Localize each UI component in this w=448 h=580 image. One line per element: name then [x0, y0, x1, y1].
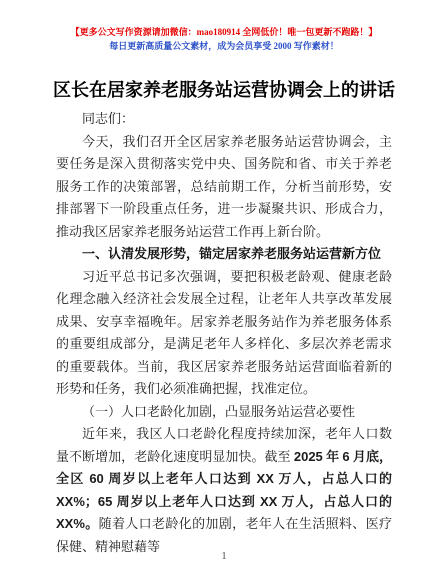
paragraph: 同志们： [56, 108, 392, 131]
ad-banner: 【更多公文写作资源请加微信：mao180914 全网低价！唯一包更新不跑路！】 … [0, 0, 448, 53]
text-run: 习近平总书记多次强调，要把积极老龄观、健康老龄化理念融入经济社会发展全过程，让老… [56, 269, 392, 397]
data-value: 65 [98, 494, 112, 509]
bold-run: 一、认清发展形势，锚定居家养老服务站运营新方位 [82, 246, 381, 261]
paragraph: 习近平总书记多次强调，要把积极老龄观、健康老龄化理念融入经济社会发展全过程，让老… [56, 266, 392, 401]
document-page: 【更多公文写作资源请加微信：mao180914 全网低价！唯一包更新不跑路！】 … [0, 0, 448, 580]
document-body: 同志们：今天，我们召开全区居家养老服务站运营协调会，主要任务是深入贯彻落实党中央… [56, 108, 392, 558]
document-title: 区长在居家养老服务站运营协调会上的讲话 [40, 78, 408, 102]
paragraph: （一）人口老龄化加剧，凸显服务站运营必要性 [56, 401, 392, 424]
data-value: XX [257, 471, 274, 486]
text-run: 同志们： [82, 111, 134, 126]
ad-banner-line1: 【更多公文写作资源请加微信：mao180914 全网低价！唯一包更新不跑路！】 [0, 26, 448, 39]
data-value: 60 [89, 471, 103, 486]
text-run: 今天，我们召开全区居家养老服务站运营协调会，主要任务是深入贯彻落实党中央、国务院… [56, 134, 392, 239]
text-run: 随着人口老龄化的加剧，老年人在生活照料、医疗保健、精神慰藉等 [56, 516, 392, 554]
page-number: 1 [0, 551, 448, 562]
data-value: 6 [342, 449, 349, 464]
section-heading: 一、认清发展形势，锚定居家养老服务站运营新方位 [56, 243, 392, 266]
data-value: XX% [56, 516, 85, 531]
data-value: XX [260, 494, 277, 509]
data-value: 2025 [294, 449, 323, 464]
ad-banner-line2: 每日更新高质量公文素材，成为会员享受 2000 写作素材！ [0, 40, 448, 53]
paragraph: 近年来，我区人口老龄化程度持续加深，老年人口数量不断增加，老龄化速度明显加快。截… [56, 423, 392, 558]
paragraph: 今天，我们召开全区居家养老服务站运营协调会，主要任务是深入贯彻落实党中央、国务院… [56, 131, 392, 244]
data-value: XX% [56, 494, 85, 509]
text-run: （一）人口老龄化加剧，凸显服务站运营必要性 [82, 404, 355, 419]
